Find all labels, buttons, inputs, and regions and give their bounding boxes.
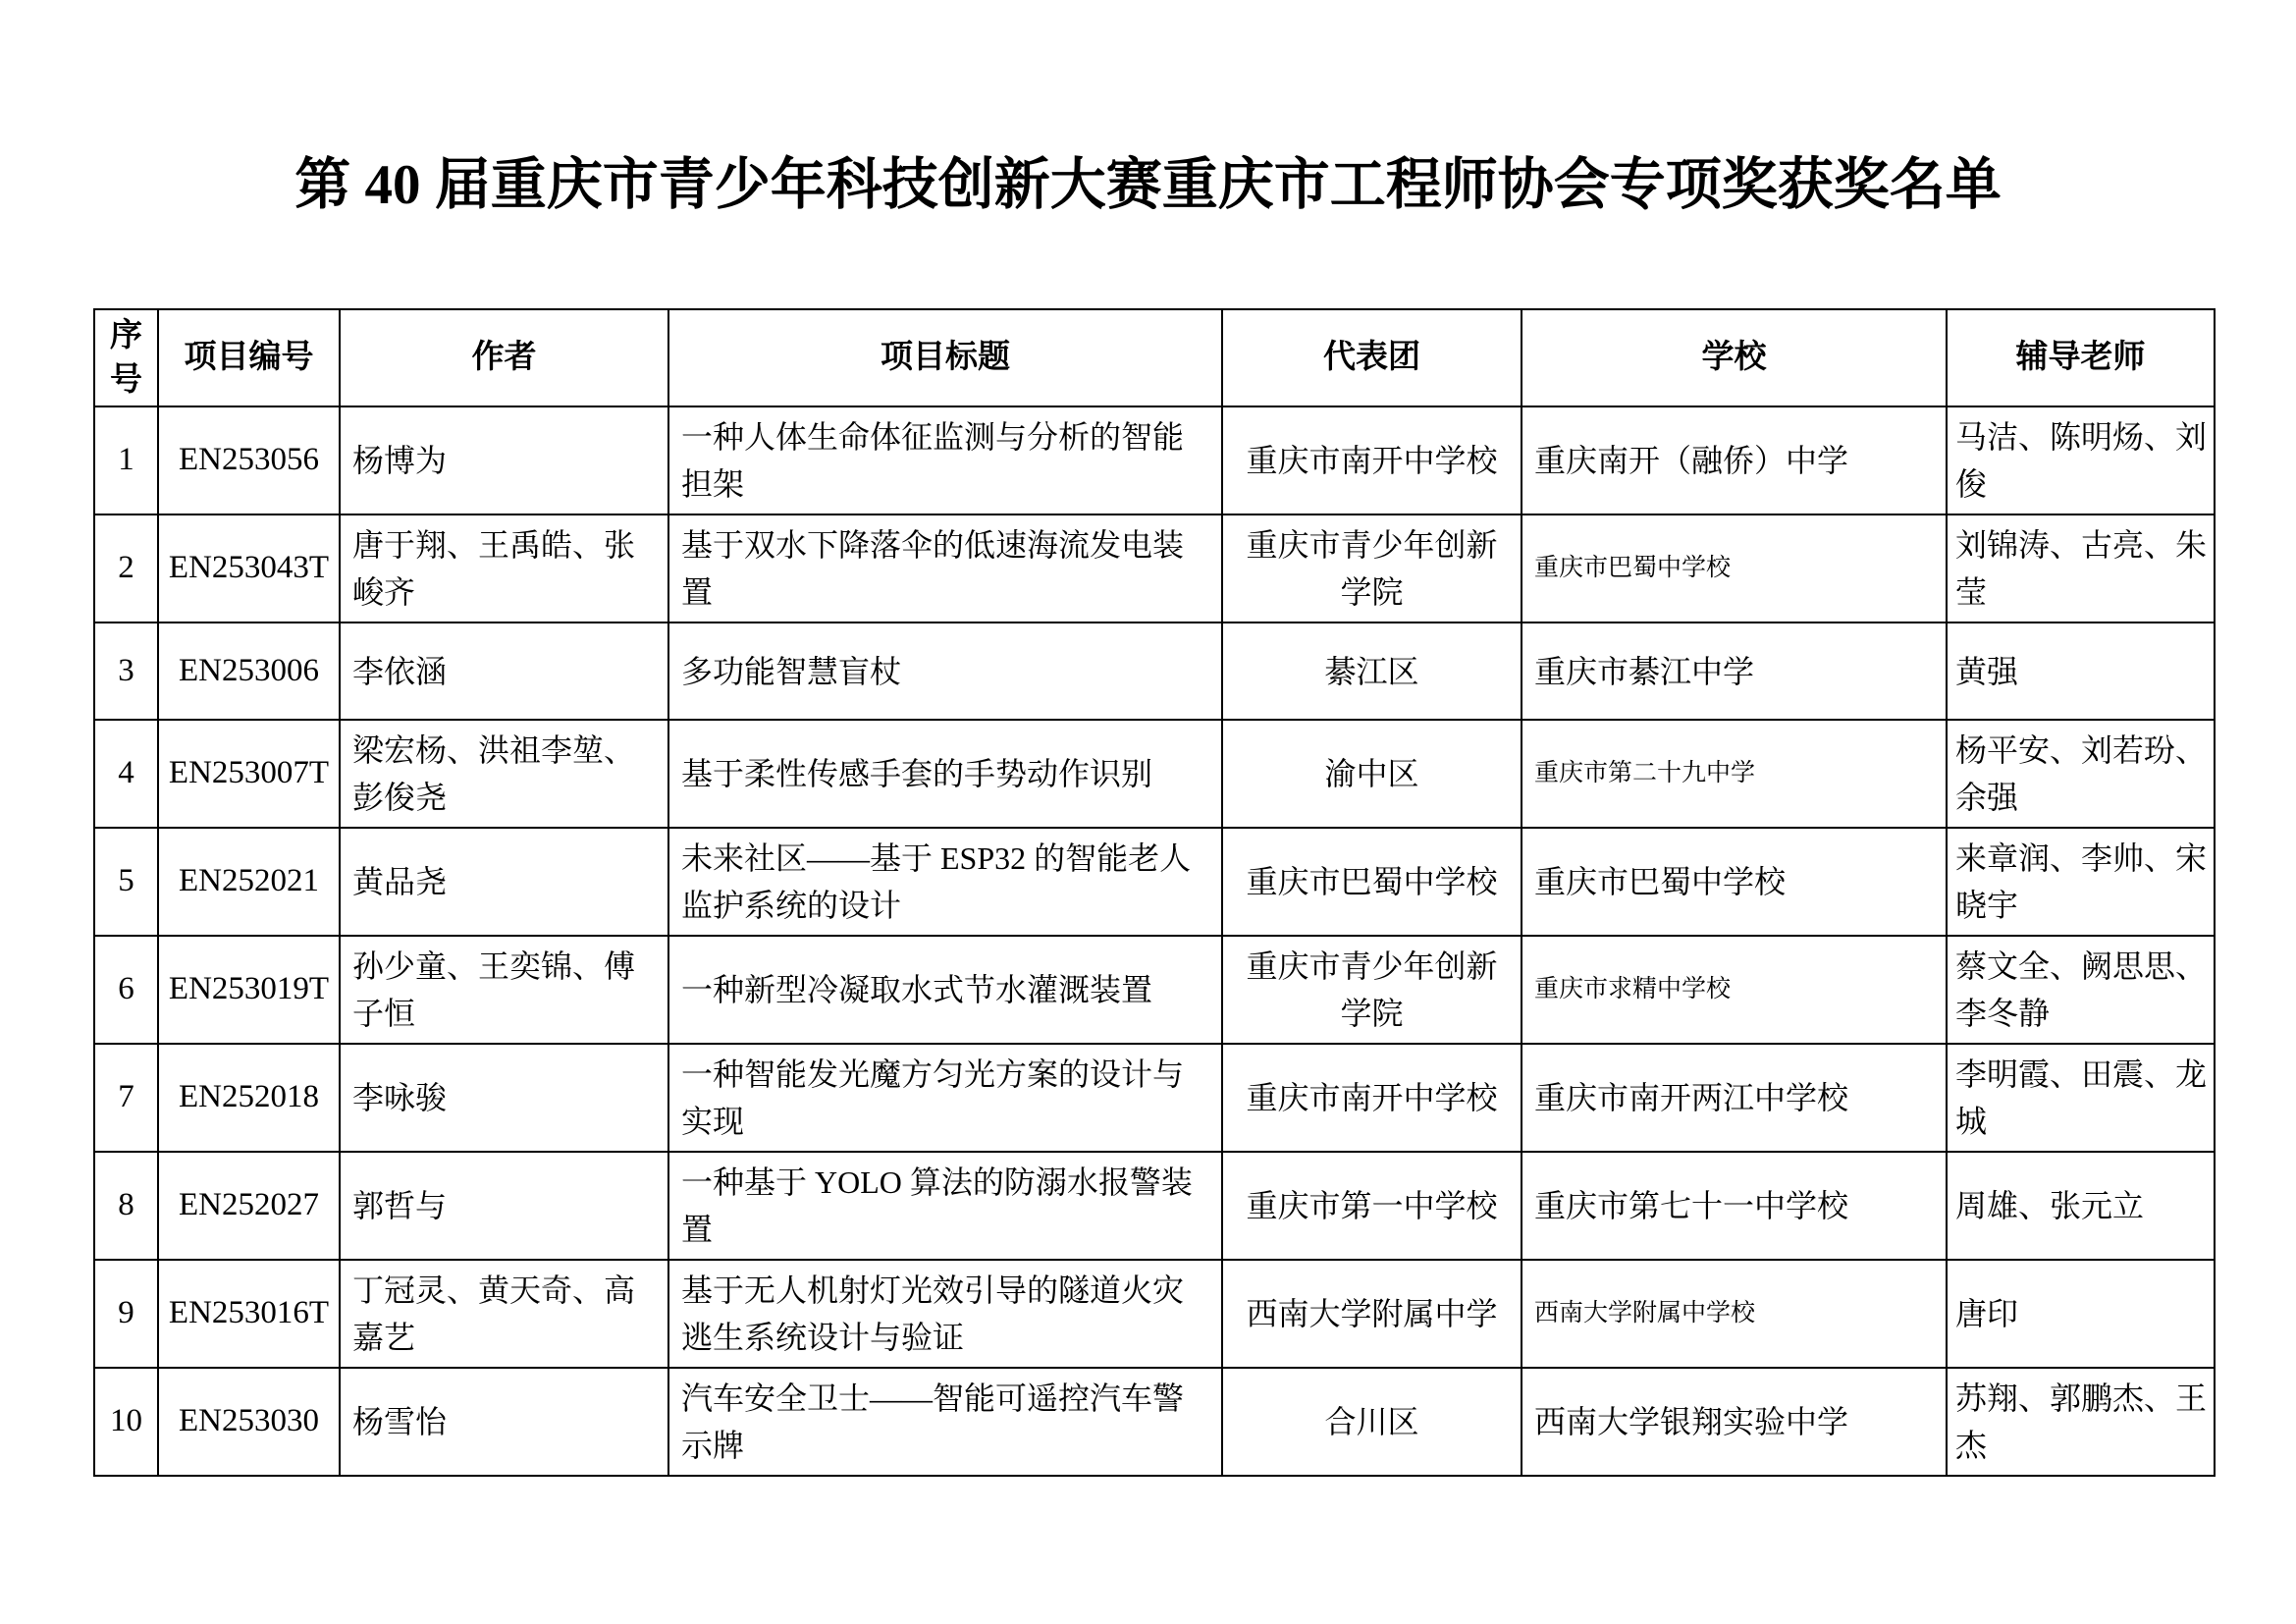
cell-delegation: 重庆市南开中学校 — [1222, 1044, 1522, 1152]
cell-project-title: 一种智能发光魔方匀光方案的设计与实现 — [668, 1044, 1222, 1152]
header-advisors: 辅导老师 — [1947, 309, 2215, 406]
cell-authors: 杨雪怡 — [340, 1368, 668, 1476]
cell-index: 8 — [94, 1152, 158, 1260]
cell-school: 西南大学银翔实验中学 — [1522, 1368, 1947, 1476]
header-index: 序号 — [94, 309, 158, 406]
cell-project-id: EN252027 — [158, 1152, 340, 1260]
table-header-row: 序号 项目编号 作者 项目标题 代表团 学校 辅导老师 — [94, 309, 2215, 406]
table-row: 10 EN253030 杨雪怡 汽车安全卫士——智能可遥控汽车警示牌 合川区 西… — [94, 1368, 2215, 1476]
table-row: 1 EN253056 杨博为 一种人体生命体征监测与分析的智能担架 重庆市南开中… — [94, 406, 2215, 514]
cell-advisors: 马洁、陈明炀、刘俊 — [1947, 406, 2215, 514]
cell-project-title: 多功能智慧盲杖 — [668, 623, 1222, 720]
cell-school: 重庆市第七十一中学校 — [1522, 1152, 1947, 1260]
page-title: 第 40 届重庆市青少年科技创新大赛重庆市工程师协会专项奖获奖名单 — [0, 149, 2296, 222]
cell-project-title: 基于无人机射灯光效引导的隧道火灾逃生系统设计与验证 — [668, 1260, 1222, 1368]
cell-project-id: EN253006 — [158, 623, 340, 720]
cell-project-id: EN253019T — [158, 936, 340, 1044]
cell-authors: 黄品尧 — [340, 828, 668, 936]
cell-index: 6 — [94, 936, 158, 1044]
header-project-id: 项目编号 — [158, 309, 340, 406]
table-row: 8 EN252027 郭哲与 一种基于 YOLO 算法的防溺水报警装置 重庆市第… — [94, 1152, 2215, 1260]
cell-delegation: 重庆市青少年创新学院 — [1222, 936, 1522, 1044]
cell-school: 重庆市求精中学校 — [1522, 936, 1947, 1044]
cell-project-title: 基于双水下降落伞的低速海流发电装置 — [668, 514, 1222, 623]
cell-authors: 唐于翔、王禹皓、张峻齐 — [340, 514, 668, 623]
cell-school: 重庆市第二十九中学 — [1522, 720, 1947, 828]
cell-project-title: 一种基于 YOLO 算法的防溺水报警装置 — [668, 1152, 1222, 1260]
cell-advisors: 来章润、李帅、宋晓宇 — [1947, 828, 2215, 936]
cell-project-id: EN253007T — [158, 720, 340, 828]
cell-project-id: EN253056 — [158, 406, 340, 514]
cell-index: 9 — [94, 1260, 158, 1368]
cell-advisors: 苏翔、郭鹏杰、王杰 — [1947, 1368, 2215, 1476]
cell-advisors: 黄强 — [1947, 623, 2215, 720]
cell-school: 西南大学附属中学校 — [1522, 1260, 1947, 1368]
cell-index: 1 — [94, 406, 158, 514]
header-authors: 作者 — [340, 309, 668, 406]
award-winners-table: 序号 项目编号 作者 项目标题 代表团 学校 辅导老师 1 EN253056 杨… — [93, 308, 2216, 1477]
cell-delegation: 綦江区 — [1222, 623, 1522, 720]
cell-project-id: EN253016T — [158, 1260, 340, 1368]
cell-advisors: 杨平安、刘若玢、余强 — [1947, 720, 2215, 828]
cell-authors: 孙少童、王奕锦、傅子恒 — [340, 936, 668, 1044]
table-row: 3 EN253006 李依涵 多功能智慧盲杖 綦江区 重庆市綦江中学 黄强 — [94, 623, 2215, 720]
cell-project-title: 一种新型冷凝取水式节水灌溉装置 — [668, 936, 1222, 1044]
cell-project-title: 未来社区——基于 ESP32 的智能老人监护系统的设计 — [668, 828, 1222, 936]
cell-delegation: 西南大学附属中学 — [1222, 1260, 1522, 1368]
header-school: 学校 — [1522, 309, 1947, 406]
cell-school: 重庆市南开两江中学校 — [1522, 1044, 1947, 1152]
cell-delegation: 重庆市青少年创新学院 — [1222, 514, 1522, 623]
cell-advisors: 刘锦涛、古亮、朱莹 — [1947, 514, 2215, 623]
cell-project-id: EN252018 — [158, 1044, 340, 1152]
cell-authors: 杨博为 — [340, 406, 668, 514]
cell-index: 5 — [94, 828, 158, 936]
cell-index: 4 — [94, 720, 158, 828]
cell-project-id: EN253030 — [158, 1368, 340, 1476]
cell-authors: 李依涵 — [340, 623, 668, 720]
cell-advisors: 周雄、张元立 — [1947, 1152, 2215, 1260]
cell-index: 10 — [94, 1368, 158, 1476]
cell-index: 7 — [94, 1044, 158, 1152]
cell-school: 重庆南开（融侨）中学 — [1522, 406, 1947, 514]
cell-delegation: 重庆市南开中学校 — [1222, 406, 1522, 514]
cell-project-id: EN253043T — [158, 514, 340, 623]
table-row: 5 EN252021 黄品尧 未来社区——基于 ESP32 的智能老人监护系统的… — [94, 828, 2215, 936]
cell-authors: 丁冠灵、黄天奇、高嘉艺 — [340, 1260, 668, 1368]
cell-project-id: EN252021 — [158, 828, 340, 936]
cell-authors: 郭哲与 — [340, 1152, 668, 1260]
cell-index: 3 — [94, 623, 158, 720]
cell-advisors: 李明霞、田震、龙城 — [1947, 1044, 2215, 1152]
cell-advisors: 蔡文全、阙思思、李冬静 — [1947, 936, 2215, 1044]
cell-index: 2 — [94, 514, 158, 623]
table-row: 6 EN253019T 孙少童、王奕锦、傅子恒 一种新型冷凝取水式节水灌溉装置 … — [94, 936, 2215, 1044]
cell-delegation: 重庆市巴蜀中学校 — [1222, 828, 1522, 936]
cell-delegation: 重庆市第一中学校 — [1222, 1152, 1522, 1260]
table-row: 2 EN253043T 唐于翔、王禹皓、张峻齐 基于双水下降落伞的低速海流发电装… — [94, 514, 2215, 623]
cell-authors: 梁宏杨、洪祖李堃、彭俊尧 — [340, 720, 668, 828]
cell-school: 重庆市巴蜀中学校 — [1522, 828, 1947, 936]
cell-project-title: 基于柔性传感手套的手势动作识别 — [668, 720, 1222, 828]
header-delegation: 代表团 — [1222, 309, 1522, 406]
table-row: 4 EN253007T 梁宏杨、洪祖李堃、彭俊尧 基于柔性传感手套的手势动作识别… — [94, 720, 2215, 828]
cell-advisors: 唐印 — [1947, 1260, 2215, 1368]
cell-school: 重庆市綦江中学 — [1522, 623, 1947, 720]
cell-project-title: 汽车安全卫士——智能可遥控汽车警示牌 — [668, 1368, 1222, 1476]
cell-delegation: 渝中区 — [1222, 720, 1522, 828]
cell-school: 重庆市巴蜀中学校 — [1522, 514, 1947, 623]
cell-delegation: 合川区 — [1222, 1368, 1522, 1476]
cell-project-title: 一种人体生命体征监测与分析的智能担架 — [668, 406, 1222, 514]
table-row: 9 EN253016T 丁冠灵、黄天奇、高嘉艺 基于无人机射灯光效引导的隧道火灾… — [94, 1260, 2215, 1368]
table-row: 7 EN252018 李咏骏 一种智能发光魔方匀光方案的设计与实现 重庆市南开中… — [94, 1044, 2215, 1152]
cell-authors: 李咏骏 — [340, 1044, 668, 1152]
header-project-title: 项目标题 — [668, 309, 1222, 406]
